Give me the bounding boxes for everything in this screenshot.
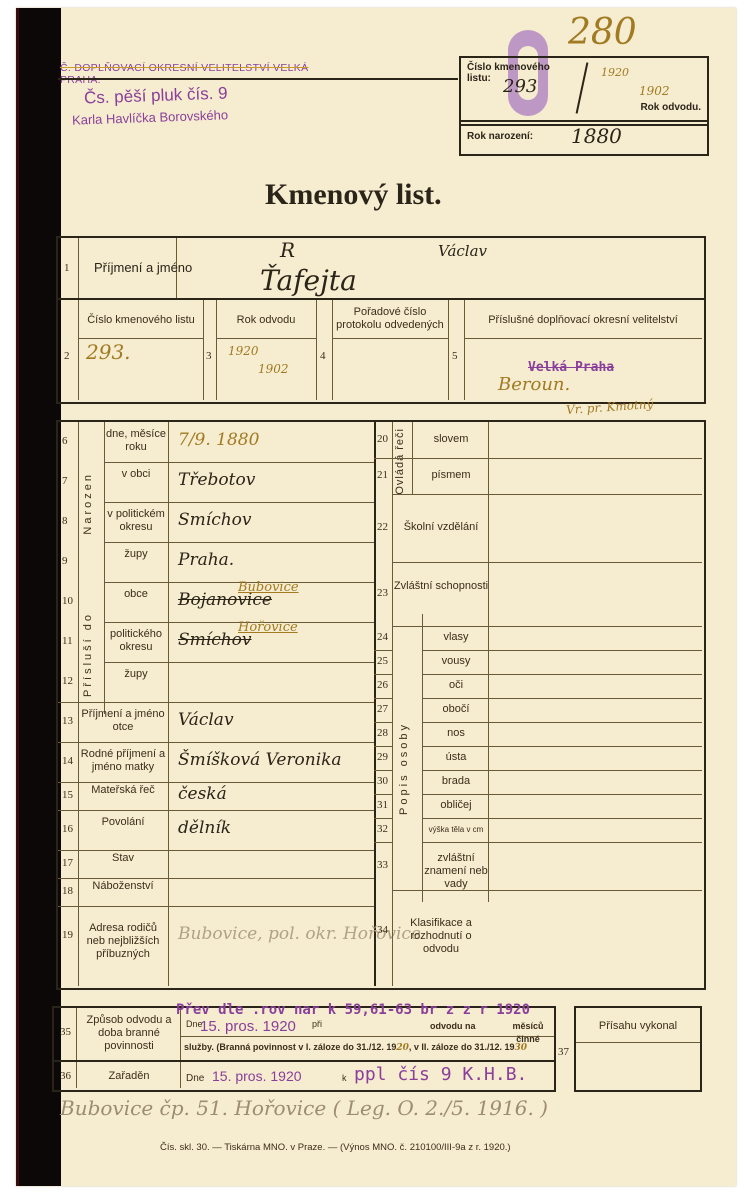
row-label-14: Rodné příjmení a jméno matky [80, 748, 166, 774]
row-num-8: 8 [62, 515, 68, 527]
row35-odvodu-na: odvodu na [430, 1020, 476, 1033]
header-rule [58, 78, 458, 80]
row35-date: 15. pros. 1920 [200, 1018, 296, 1035]
right-row-33: 33zvláštní znamení neb vady [374, 842, 702, 890]
row35-line2-a: služby. (Branná povinnost v I. záloze do… [184, 1042, 396, 1052]
row-num-18: 18 [62, 885, 73, 897]
row35-stamp: Přev dle .rov nar k 59,61-63 br z z r 19… [176, 1002, 530, 1018]
row-value-15: česká [178, 784, 227, 804]
row-label-30: brada [422, 775, 490, 788]
left-row-10: 10obceBojanoviceBubovice [58, 582, 374, 622]
left-row-17: 17Stav [58, 850, 374, 878]
row-num-16: 16 [62, 823, 73, 835]
rok-narozeni-label: Rok narození: [467, 131, 533, 142]
row-label-26: oči [422, 679, 490, 692]
section-personal: Narozen Přísluší do 6dne, měsíce roku7/9… [56, 420, 706, 990]
left-row-15: 15Mateřská řeččeská [58, 782, 374, 810]
row-divider [422, 770, 702, 771]
row-label-9: župy [106, 548, 166, 561]
row-label-7: v obci [106, 468, 166, 481]
row-divider [422, 794, 702, 795]
row-label-22: Školní vzdělání [392, 521, 490, 534]
row-value-7: Třebotov [178, 470, 255, 490]
right-row-30: 30brada [374, 770, 702, 794]
right-row-24: 24vlasy [374, 626, 702, 650]
left-row-7: 7v obciTřebotov [58, 462, 374, 502]
row36-dne: Dne [186, 1072, 204, 1085]
row-divider [104, 462, 374, 463]
h5-label: Příslušné doplňovací okresní velitelství [466, 314, 700, 327]
row-divider [392, 562, 702, 563]
row37-label: Přísahu vykonal [576, 1020, 700, 1033]
row-label-10: obce [106, 588, 166, 601]
right-row-27: 27obočí [374, 698, 702, 722]
row-divider [422, 698, 702, 699]
row-label-13: Příjmení a jméno otce [80, 708, 166, 734]
row-divider [422, 746, 702, 747]
row-divider [104, 662, 374, 663]
handwritten-note: Bubovice čp. 51. Hořovice ( Leg. O. 2./5… [60, 1096, 548, 1120]
birth-year-box: Rok narození: 1880 [459, 120, 709, 156]
row-divider [374, 650, 392, 651]
row-divider [422, 818, 702, 819]
row-value-14: Šmíšková Veronika [178, 750, 342, 770]
rok-odvodu-top: 1920 [601, 66, 629, 79]
row-num-21: 21 [377, 469, 388, 481]
row-label-12: župy [106, 668, 166, 681]
row-num-35: 35 [60, 1026, 71, 1038]
left-row-12: 12župy [58, 662, 374, 702]
row-label-11: politického okresu [106, 628, 166, 654]
row35-year1: 20 [396, 1043, 409, 1053]
rok-narozeni-value: 1880 [571, 124, 622, 148]
row-label-32: výška těla v cm [422, 823, 490, 836]
row-num-12: 12 [62, 675, 73, 687]
row-num-27: 27 [377, 703, 388, 715]
right-row-26: 26oči [374, 674, 702, 698]
right-row-21: 21písmem [374, 458, 702, 494]
row-num-10: 10 [62, 595, 73, 607]
row-num-32: 32 [377, 823, 388, 835]
row-num-7: 7 [62, 475, 68, 487]
v2-value: 293. [86, 340, 131, 364]
h4-label: Pořadové číslo protokolu odvedených [334, 306, 446, 332]
row35-line2-b: , v II. záloze do 31./12. 19 [409, 1042, 515, 1052]
row-label-31: obličej [422, 799, 490, 812]
row-label-17: Stav [80, 852, 166, 865]
row-label-21: písmem [412, 469, 490, 482]
row-divider [392, 494, 702, 495]
right-row-23: 23Zvláštní schopnosti [374, 562, 702, 626]
row-num-1: 1 [64, 262, 70, 274]
row-value-13: Václav [178, 710, 234, 730]
left-row-9: 9župyPraha. [58, 542, 374, 582]
left-row-16: 16Povolánídělník [58, 810, 374, 850]
row-num-15: 15 [62, 789, 73, 801]
row-divider [374, 722, 392, 723]
row-num-14: 14 [62, 755, 73, 767]
header-info-box: Číslo kmenového listu: 293 1920 1902 Rok… [459, 56, 709, 126]
rok-odvodu-label: Rok odvodu. [640, 102, 701, 113]
page-title: Kmenový list. [265, 178, 442, 212]
row-label-25: vousy [422, 655, 490, 668]
row-value-16: dělník [178, 818, 231, 838]
left-row-6: 6dne, měsíce roku7/9. 1880 [58, 422, 374, 462]
surname-prefix: R [280, 238, 295, 262]
row-divider [104, 542, 374, 543]
row35-label: Způsob odvodu a doba branné povinnosti [80, 1014, 178, 1053]
row-num-2: 2 [64, 350, 70, 362]
row-divider [374, 698, 392, 699]
row-num-30: 30 [377, 775, 388, 787]
row-num-13: 13 [62, 715, 73, 727]
row-num-20: 20 [377, 433, 388, 445]
row-divider [374, 818, 392, 819]
row-label-16: Povolání [80, 816, 166, 829]
row-label-33: zvláštní znamení neb vady [422, 852, 490, 891]
row-label-18: Náboženství [80, 880, 166, 893]
row-divider [422, 722, 702, 723]
right-row-34: 34Klasifikace a rozhodnutí o odvodu [374, 890, 702, 972]
row-label-27: obočí [422, 703, 490, 716]
row-num-34: 34 [377, 924, 388, 936]
printer-line: Čís. skl. 30. — Tiskárna MNO. v Praze. —… [160, 1142, 511, 1153]
row-divider [374, 674, 392, 675]
row35-year2: 30 [514, 1043, 527, 1053]
row-label-20: slovem [412, 433, 490, 446]
row-num-17: 17 [62, 857, 73, 869]
row-divider [422, 842, 702, 843]
row-label-29: ústa [422, 751, 490, 764]
section-enlistment: 35 Způsob odvodu a doba branné povinnost… [52, 1006, 556, 1092]
v3-bottom: 1902 [258, 362, 289, 376]
row-divider [58, 782, 374, 783]
row-divider [422, 650, 702, 651]
right-row-28: 28nos [374, 722, 702, 746]
row-num-9: 9 [62, 555, 68, 567]
left-row-8: 8v politickém okresuSmíchov [58, 502, 374, 542]
left-row-18: 18Náboženství [58, 878, 374, 906]
row-label-34: Klasifikace a rozhodnutí o odvodu [392, 917, 490, 956]
row-label-6: dne, měsíce roku [106, 428, 166, 454]
row-label-15: Mateřská řeč [80, 784, 166, 797]
row-divider [392, 626, 702, 627]
row-num-28: 28 [377, 727, 388, 739]
row-divider [374, 458, 392, 459]
row-divider [392, 890, 702, 891]
row36-label: Zařaděn [80, 1070, 178, 1083]
row35-line2: služby. (Branná povinnost v I. záloze do… [184, 1042, 527, 1053]
row-divider [374, 746, 392, 747]
v3-top: 1920 [228, 344, 259, 358]
rok-odvodu-bottom: 1902 [639, 84, 670, 98]
row-divider [58, 702, 374, 703]
row-label-23: Zvláštní schopnosti [392, 580, 490, 593]
surname: Ťafejta [260, 264, 357, 297]
row-value-6: 7/9. 1880 [178, 430, 259, 450]
first-name: Václav [438, 242, 487, 260]
cislo-value: 293 [503, 76, 537, 97]
section-identity: 1 Příjmení a jméno R Václav Ťafejta Čísl… [56, 236, 706, 404]
row-num-23: 23 [377, 587, 388, 599]
left-row-19: 19Adresa rodičů neb nejbližších příbuzný… [58, 906, 374, 966]
right-row-31: 31obličej [374, 794, 702, 818]
row-num-24: 24 [377, 631, 388, 643]
right-row-20: 20slovem [374, 422, 702, 458]
row-divider [58, 810, 374, 811]
row-num-22: 22 [377, 521, 388, 533]
right-row-22: 22Školní vzdělání [374, 494, 702, 562]
row-num-11: 11 [62, 635, 73, 647]
row-label-24: vlasy [422, 631, 490, 644]
row-num-4: 4 [320, 350, 326, 362]
row-divider [58, 878, 374, 879]
row-label-19: Adresa rodičů neb nejbližších příbuzných [80, 922, 166, 961]
h3-label: Rok odvodu [218, 314, 314, 327]
row-label-8: v politickém okresu [106, 508, 166, 534]
row36-date: 15. pros. 1920 [212, 1068, 302, 1084]
left-row-13: 13Příjmení a jméno otceVáclav [58, 702, 374, 742]
row-num-19: 19 [62, 929, 73, 941]
right-row-32: 32výška těla v cm [374, 818, 702, 842]
row36-k: k [342, 1072, 347, 1085]
row-num-25: 25 [377, 655, 388, 667]
row-num-31: 31 [377, 799, 388, 811]
row36-unit: ppl čís 9 K.H.B. [354, 1064, 527, 1085]
row-num-5: 5 [452, 350, 458, 362]
v5-value: Beroun. [498, 374, 570, 395]
row-label-28: nos [422, 727, 490, 740]
section-oath: Přísahu vykonal [574, 1006, 702, 1092]
left-row-14: 14Rodné příjmení a jméno matkyŠmíšková V… [58, 742, 374, 782]
row-value-8: Smíchov [178, 510, 252, 530]
row-num-26: 26 [377, 679, 388, 691]
struck-office-text: Č. DOPLŇOVACÍ OKRESNÍ VELITELSTVÍ VELKÁ … [60, 62, 308, 86]
row-divider [374, 794, 392, 795]
row-num-6: 6 [62, 435, 68, 447]
row-num-36: 36 [60, 1070, 71, 1082]
right-row-25: 25vousy [374, 650, 702, 674]
left-row-11: 11politického okresuSmíchovHořovice [58, 622, 374, 662]
row-correction-10: Bubovice [238, 580, 299, 595]
row-divider [104, 502, 374, 503]
row-num-37: 37 [558, 1046, 569, 1058]
row-divider [58, 906, 374, 907]
row35-pri: při [312, 1018, 322, 1031]
row-divider [58, 742, 374, 743]
row-divider [422, 674, 702, 675]
h2-label: Číslo kmenového listu [80, 314, 202, 327]
row-divider [374, 842, 392, 843]
row-num-3: 3 [206, 350, 212, 362]
row-divider [374, 770, 392, 771]
row-num-33: 33 [377, 859, 388, 871]
row-divider [392, 458, 702, 459]
row-value-9: Praha. [178, 550, 234, 570]
row-divider [58, 850, 374, 851]
corner-number: 280 [568, 12, 637, 53]
v5-struck: Velká Praha [528, 360, 614, 375]
row1-label: Příjmení a jméno [94, 260, 192, 275]
row-num-29: 29 [377, 751, 388, 763]
slash-mark [576, 62, 589, 113]
row-correction-11: Hořovice [238, 620, 298, 635]
right-row-29: 29ústa [374, 746, 702, 770]
